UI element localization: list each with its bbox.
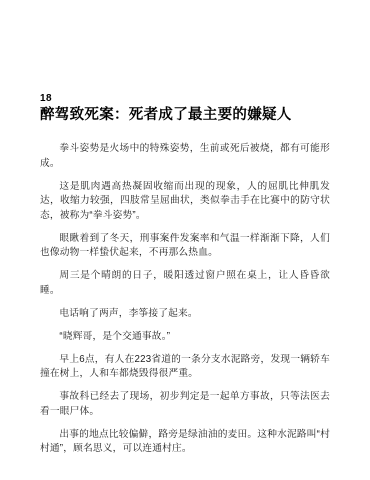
paragraph: 眼瞅着到了冬天，刑事案件发案率和气温一样渐渐下降，人们也像动物一样蛰伏起来，不再…: [40, 232, 330, 261]
book-page: 18 醉驾致死案：死者成了最主要的嫌疑人 拳斗姿势是火场中的特殊姿势，生前或死后…: [0, 0, 370, 480]
paragraph: 周三是个晴朗的日子，暖阳透过窗户照在桌上，让人昏昏欲睡。: [40, 269, 330, 298]
chapter-body: 拳斗姿势是火场中的特殊姿势，生前或死后被烧，都有可能形成。 这是肌肉遇高热凝固收…: [40, 142, 330, 457]
paragraph: 早上6点，有人在223省道的一条分支水泥路旁，发现一辆轿车撞在树上，人和车都烧毁…: [40, 353, 330, 382]
paragraph: 电话响了两声，李筝接了起来。: [40, 307, 330, 322]
chapter-title: 醉驾致死案：死者成了最主要的嫌疑人: [40, 106, 330, 124]
paragraph: 出事的地点比较偏僻，路旁是绿油油的麦田。这种水泥路叫“村村通”，顾名思义，可以连…: [40, 428, 330, 457]
paragraph: 这是肌肉遇高热凝固收缩而出现的现象，人的屈肌比伸肌发达，收缩力较强，四肢常呈屈曲…: [40, 180, 330, 224]
paragraph: 事故科已经去了现场，初步判定是一起单方事故，只等法医去看一眼尸体。: [40, 390, 330, 419]
paragraph: 拳斗姿势是火场中的特殊姿势，生前或死后被烧，都有可能形成。: [40, 142, 330, 171]
chapter-number: 18: [40, 93, 330, 104]
paragraph-dialogue: “晓辉哥，是个交通事故。”: [40, 330, 330, 345]
